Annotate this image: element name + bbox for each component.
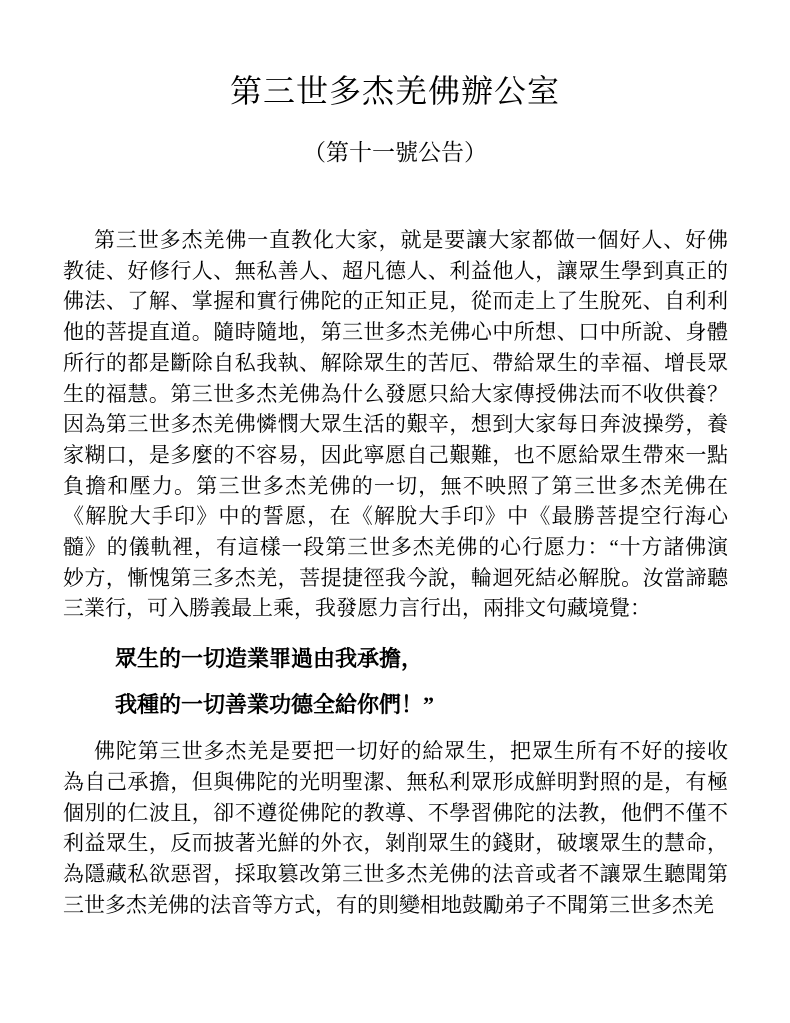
body-line: 為隱藏私欲惡習，採取篡改第三世多杰羌佛的法音或者不讓眾生聽聞第 [63, 859, 728, 890]
verse-quote: 眾生的一切造業罪過由我承擔， 我種的一切善業功德全給你們！” [115, 636, 728, 728]
body-line: 所行的都是斷除自私我執、解除眾生的苦厄、帶給眾生的幸福、增長眾 [63, 348, 728, 379]
body-line: 第三世多杰羌佛一直教化大家，就是要讓大家都做一個好人、好佛 [63, 225, 728, 256]
body-line: 生的福慧。第三世多杰羌佛為什么發愿只給大家傳授佛法而不收供養？ [63, 379, 728, 410]
document-body: 第三世多杰羌佛一直教化大家，就是要讓大家都做一個好人、好佛 教徒、好修行人、無私… [63, 225, 728, 920]
body-line: 為自己承擔，但與佛陀的光明聖潔、無私利眾形成鮮明對照的是，有極 [63, 767, 728, 798]
body-line: 三業行，可入勝義最上乘，我發愿力言行出，兩排文句藏境覺： [63, 593, 728, 624]
paragraph-1: 第三世多杰羌佛一直教化大家，就是要讓大家都做一個好人、好佛 教徒、好修行人、無私… [63, 225, 728, 624]
body-line: 佛陀第三世多杰羌是要把一切好的給眾生，把眾生所有不好的接收 [63, 736, 728, 767]
document-page: 第三世多杰羌佛辦公室 （第十一號公告） 第三世多杰羌佛一直教化大家，就是要讓大家… [0, 0, 790, 1023]
body-line: 妙方，慚愧第三多杰羌，菩提捷徑我今說，輪迴死結必解脫。汝當諦聽 [63, 563, 728, 594]
verse-line: 我種的一切善業功德全給你們！” [115, 682, 728, 728]
body-line: 家糊口，是多麼的不容易，因此寧愿自己艱難，也不愿給眾生帶來一點 [63, 440, 728, 471]
body-line: 因為第三世多杰羌佛憐憫大眾生活的艱辛，想到大家每日奔波操勞，養 [63, 409, 728, 440]
document-title: 第三世多杰羌佛辦公室 [0, 0, 790, 112]
body-line: 教徒、好修行人、無私善人、超凡德人、利益他人，讓眾生學到真正的 [63, 256, 728, 287]
body-line: 《解脫大手印》中的誓愿，在《解脫大手印》中《最勝菩提空行海心 [63, 501, 728, 532]
body-line: 利益眾生，反而披著光鮮的外衣，剝削眾生的錢財，破壞眾生的慧命， [63, 828, 728, 859]
paragraph-2: 佛陀第三世多杰羌是要把一切好的給眾生，把眾生所有不好的接收 為自己承擔，但與佛陀… [63, 736, 728, 920]
body-line: 個別的仁波且，卻不遵從佛陀的教導、不學習佛陀的法教，他們不僅不 [63, 798, 728, 829]
verse-line: 眾生的一切造業罪過由我承擔， [115, 636, 728, 682]
announcement-number-subtitle: （第十一號公告） [0, 138, 790, 168]
body-line: 三世多杰羌佛的法音等方式，有的則變相地鼓勵弟子不聞第三世多杰羌 [63, 890, 728, 921]
body-line: 他的菩提直道。隨時隨地，第三世多杰羌佛心中所想、口中所說、身體 [63, 317, 728, 348]
body-line: 佛法、了解、掌握和實行佛陀的正知正見，從而走上了生脫死、自利利 [63, 286, 728, 317]
body-line: 負擔和壓力。第三世多杰羌佛的一切，無不映照了第三世多杰羌佛在 [63, 471, 728, 502]
body-line: 髓》的儀軌裡，有這樣一段第三世多杰羌佛的心行愿力：“十方諸佛演 [63, 532, 728, 563]
